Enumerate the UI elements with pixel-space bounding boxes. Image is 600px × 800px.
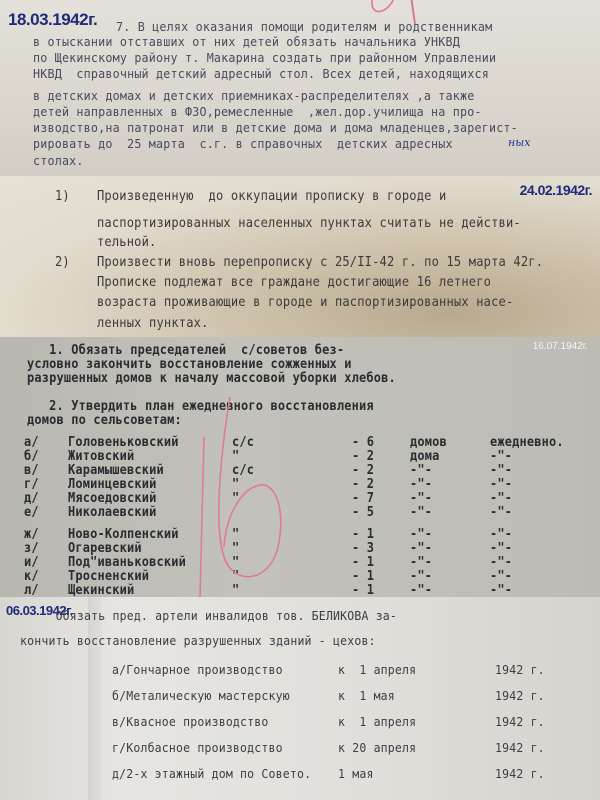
item-year: 1942 г. [495, 715, 545, 730]
text-line: 7. В целях оказания помощи родителям и р… [116, 19, 492, 34]
item-label: б/Металическую мастерскую [112, 689, 290, 704]
text-line: Произведенную до оккупации прописку в го… [97, 189, 446, 204]
cell-count: - 5 [352, 504, 374, 520]
item-deadline: к 1 апреля [338, 663, 416, 678]
item-year: 1942 г. [495, 689, 545, 704]
document-date: 24.02.1942г. [520, 182, 592, 198]
text-line: детей направленных в ФЗО,ремесленные ,же… [33, 104, 482, 119]
cell-name: Николаевский [68, 504, 157, 520]
item-deadline: 1 мая [338, 767, 388, 782]
handwritten-note: ных [508, 136, 530, 149]
text-line: в детских домах и детских приемниках-рас… [33, 88, 474, 103]
document-date: 16.07.1942г. [533, 341, 588, 352]
item-label: в/Квасное производство [112, 715, 283, 730]
item-label: г/Колбасное производство [112, 741, 283, 756]
document-fragment-1: 18.03.1942г. 7. В целях оказания помощи … [0, 0, 600, 176]
document-date: 18.03.1942г. [8, 10, 97, 30]
text-line: паспортизированных населенных пунктах сч… [97, 216, 521, 231]
cell-letter: е/ [24, 504, 39, 520]
handwritten-number-16 [190, 397, 300, 597]
cell-suffix: " [232, 582, 239, 597]
document-fragment-4: 06.03.1942г. Обязать пред. артели инвали… [0, 597, 600, 800]
item-label: а/Гончарное производство [112, 663, 283, 678]
item-year: 1942 г. [495, 741, 545, 756]
text-line: Обязать пред. артели инвалидов тов. БЕЛИ… [20, 609, 397, 624]
cell-unit: -"- [410, 582, 432, 597]
text-line: домов по сельсоветам: [27, 412, 182, 428]
text-line: рировать до 25 марта с.г. в справочных д… [33, 136, 453, 151]
document-fragment-3: 16.07.1942г. 1. Обязать председателей с/… [0, 337, 600, 597]
text-line: в отыскании отставших от них детей обяза… [33, 34, 460, 49]
item-number: 2) [55, 255, 70, 270]
cell-freq: -"- [490, 582, 512, 597]
cell-unit: -"- [410, 504, 432, 520]
text-line: ленных пунктах. [97, 316, 209, 331]
text-line: Произвести вновь перепрописку с 25/II-42… [97, 255, 543, 270]
text-line: столах. [33, 153, 84, 168]
item-label: д/2-х этажный дом по Совето. [112, 767, 311, 782]
text-line: тельной. [97, 235, 156, 250]
text-line: по Щекинскому району т. Макарина создать… [33, 50, 496, 65]
page-fold-shadow [88, 597, 102, 800]
text-line: изводство,на патронат или в детские дома… [33, 120, 518, 135]
document-fragment-2: 24.02.1942г. 1) Произведенную до оккупац… [0, 176, 600, 337]
item-year: 1942 г. [495, 663, 545, 678]
item-number: 1) [55, 189, 70, 204]
cell-letter: л/ [24, 582, 39, 597]
text-line: возраста проживающие в городе и паспорти… [97, 295, 513, 310]
text-line: кончить восстановление разрушенных здани… [20, 634, 376, 649]
text-line: разрушенных домов к началу массовой убор… [27, 370, 396, 386]
cell-suffix: " [232, 490, 239, 506]
cell-count: - 1 [352, 582, 374, 597]
item-deadline: к 20 апреля [338, 741, 416, 756]
item-deadline: к 1 апреля [338, 715, 416, 730]
cell-freq: -"- [490, 504, 512, 520]
text-line: Прописке подлежат все граждане достигающ… [97, 275, 491, 290]
cell-name: Щекинский [68, 582, 134, 597]
item-year: 1942 г. [495, 767, 545, 782]
text-line: НКВД справочный детский адресный стол. В… [33, 66, 489, 81]
item-deadline: к 1 мая [338, 689, 409, 704]
